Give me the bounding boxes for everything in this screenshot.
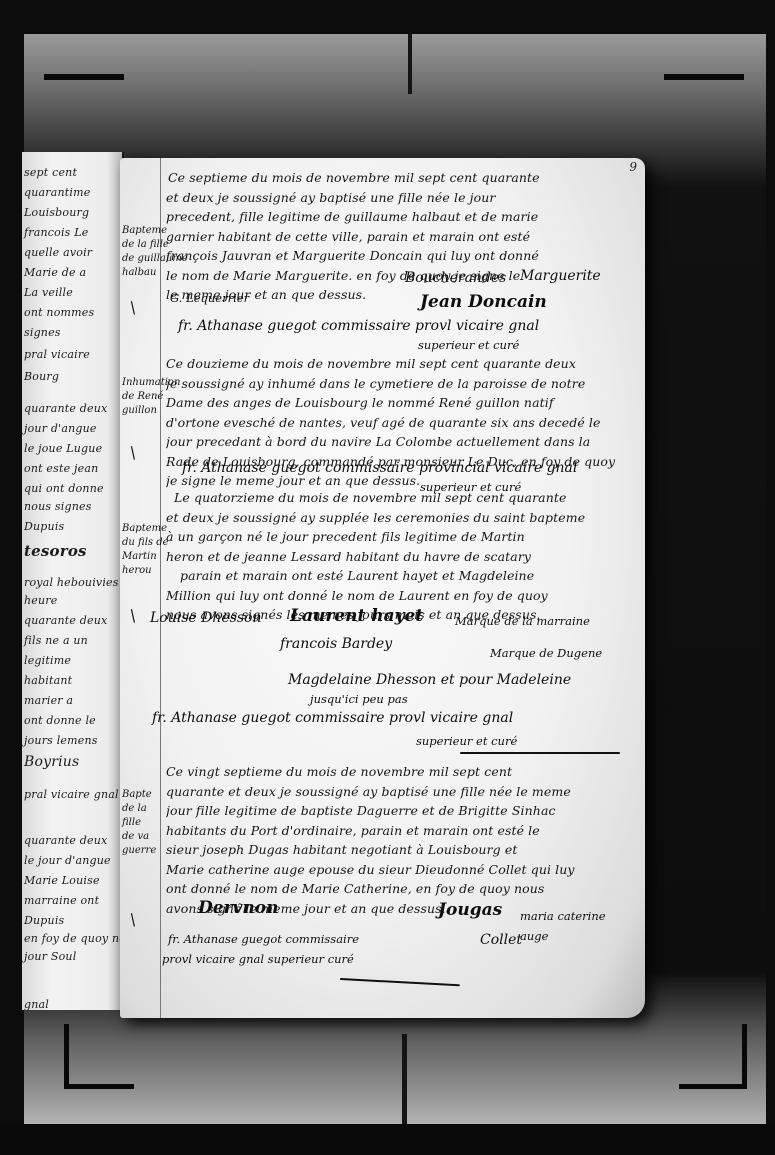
officiant-signature: fr. Athanase guegot commissaire provl vi… [178, 318, 539, 334]
margin-column [120, 158, 161, 1018]
signature: maria caterine auge [520, 906, 630, 946]
left-text-fragment: royal hebouivies [24, 576, 119, 589]
frame-divider [408, 34, 412, 94]
entry-line: à un garçon né le jour precedent fils le… [166, 527, 636, 547]
entry-line: Marie catherine auge epouse du sieur Die… [166, 860, 636, 880]
entry-line: Ce douzieme du mois de novembre mil sept… [166, 354, 636, 374]
margin-note-bapteme-herou: Bapteme du fils de Martin herou [122, 522, 169, 578]
entry-line: Million qui luy ont donné le nom de Laur… [166, 586, 636, 606]
left-text-fragment: le jour d'angue [24, 854, 111, 867]
officiant-signature: fr. Athanase guegot commissaire provl vi… [152, 710, 513, 726]
left-signature-fragment: tesoros [24, 542, 87, 560]
left-text-fragment: ont nommes [24, 306, 94, 319]
left-text-fragment: Louisbourg [24, 206, 89, 219]
signature-note: jusqu'ici peu pas [310, 692, 408, 706]
entry-line: habitants du Port d'ordinaire, parain et… [166, 821, 636, 841]
signature: Dervnon [198, 898, 278, 918]
left-text-fragment: Dupuis [24, 914, 64, 927]
left-text-fragment: Bourg [24, 370, 59, 383]
crop-mark-bottom-right-h [679, 1084, 747, 1089]
left-text-fragment: signes [24, 326, 61, 339]
left-text-fragment: La veille [24, 286, 73, 299]
signature: Boucherandes [405, 270, 506, 286]
left-text-fragment: quelle avoir [24, 246, 92, 259]
signature-mark: Marque de la marraine [455, 614, 590, 628]
left-text-fragment: jours lemens [24, 734, 98, 747]
left-signature-fragment: Boyrius [24, 754, 79, 770]
crop-mark-bottom-left-h [64, 1084, 134, 1089]
left-text-fragment: Marie Louise [24, 874, 100, 887]
entry-line: françois Jauvran et Marguerite Doncain q… [166, 246, 636, 266]
left-text-fragment: ont este jean [24, 462, 98, 475]
left-text-fragment: marraine ont [24, 894, 99, 907]
left-text-fragment: quarantime [24, 186, 90, 199]
left-text-fragment: quarante deux [24, 834, 107, 847]
left-text-fragment: heure [24, 594, 57, 607]
entry-line: ont donné le nom de Marie Catherine, en … [166, 879, 636, 899]
signature: Collet [480, 932, 522, 948]
signature-mark: Marque de Dugene [490, 646, 602, 660]
flourish-line [460, 752, 620, 754]
officiant-title: superieur et curé [418, 338, 519, 352]
left-text-fragment: jour Soul [24, 950, 76, 963]
officiant-signature: fr. Athanase guegot commissaire provinci… [182, 460, 577, 476]
entry-line: precedent, fille legitime de guillaume h… [166, 207, 636, 227]
register-page: 9 Bapteme de la fille de guillaume halba… [120, 158, 645, 1018]
frame-divider [402, 1034, 407, 1124]
left-text-fragment: pral vicaire gnal [24, 788, 119, 801]
signature: Marguerite [520, 268, 601, 284]
entry-line: sieur joseph Dugas habitant negotiant à … [166, 840, 636, 860]
left-text-fragment: Dupuis [24, 520, 64, 533]
entry-line: heron et de jeanne Lessard habitant du h… [166, 547, 636, 567]
left-text-fragment: le joue Lugue [24, 442, 102, 455]
signature: G. Lequerrier [170, 291, 249, 305]
officiant-title: superieur et curé [416, 734, 517, 748]
crop-mark-bottom-left [64, 1024, 69, 1088]
entry-line: jour fille legitime de baptiste Daguerre… [166, 801, 636, 821]
left-text-fragment: quarante deux [24, 614, 107, 627]
crop-mark-bottom-right [742, 1024, 747, 1088]
left-text-fragment: legitime [24, 654, 71, 667]
film-edge-strip [0, 1124, 775, 1155]
crop-mark-top-left [44, 74, 124, 80]
left-text-fragment: nous signes [24, 500, 92, 513]
flourish-line [340, 978, 460, 986]
signature: Laurent hayet [290, 606, 423, 626]
signature: Jean Doncain [420, 292, 547, 312]
margin-note-bapteme-daguerre: Bapte de la fille de va guerre [122, 788, 156, 858]
entry-line: quarante et deux je soussigné ay baptisé… [166, 782, 636, 802]
entry-bapteme-herou: Le quatorzieme du mois de novembre mil s… [166, 488, 636, 625]
left-text-fragment: marier a [24, 694, 73, 707]
entry-line: garnier habitant de cette ville, parain … [166, 227, 636, 247]
officiant-signature: fr. Athanase guegot commissaire [168, 932, 359, 946]
signature: francois Bardey [280, 636, 392, 652]
officiant-title: provl vicaire gnal superieur curé [162, 952, 354, 966]
entry-line: parain et marain ont esté Laurent hayet … [166, 566, 636, 586]
left-text-fragment: jour d'angue [24, 422, 97, 435]
entry-line: Le quatorzieme du mois de novembre mil s… [166, 488, 636, 508]
left-text-fragment: pral vicaire [24, 348, 90, 361]
entry-bapteme-halbau: Ce septieme du mois de novembre mil sept… [166, 168, 636, 305]
signature: Jougas [438, 900, 502, 920]
entry-line: je soussigné ay inhumé dans le cymetiere… [166, 374, 636, 394]
entry-line: et deux je soussigné ay supplée les cere… [166, 508, 636, 528]
left-text-fragment: gnal [24, 998, 49, 1010]
entry-line: Ce septieme du mois de novembre mil sept… [166, 168, 636, 188]
left-text-fragment: Marie de a [24, 266, 86, 279]
entry-line: Dame des anges de Louisbourg le nommé Re… [166, 393, 636, 413]
entry-line: et deux je soussigné ay baptisé une fill… [166, 188, 636, 208]
crop-mark-top-right [664, 74, 744, 80]
left-text-fragment: habitant [24, 674, 72, 687]
left-page-fragment: sept cent quarantime Louisbourg francois… [22, 152, 124, 1010]
left-text-fragment: quarante deux [24, 402, 107, 415]
left-text-fragment: ont donne le [24, 714, 96, 727]
signature: Louise Dhesson [150, 610, 261, 626]
left-text-fragment: sept cent [24, 166, 77, 179]
left-text-fragment: en foy de quoy nous [24, 932, 124, 945]
entry-bapteme-daguerre: Ce vingt septieme du mois de novembre mi… [166, 762, 636, 918]
left-text-fragment: qui ont donne [24, 482, 104, 495]
entry-line: jour precedant à bord du navire La Colom… [166, 432, 636, 452]
entry-line: Ce vingt septieme du mois de novembre mi… [166, 762, 636, 782]
left-text-fragment: fils ne a un [24, 634, 88, 647]
left-text-fragment: francois Le [24, 226, 88, 239]
signature: Magdelaine Dhesson et pour Madeleine [288, 672, 571, 688]
entry-line: d'ortone evesché de nantes, veuf agé de … [166, 413, 636, 433]
